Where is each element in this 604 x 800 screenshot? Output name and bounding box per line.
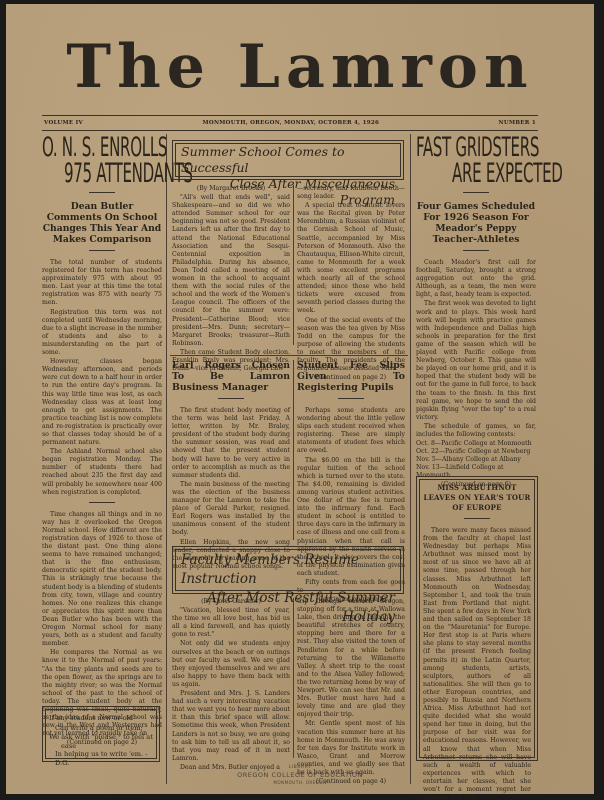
divider — [464, 518, 490, 519]
folio-line: VOLUME IV MONMOUTH, OREGON, MONDAY, OCTO… — [42, 115, 538, 131]
paragraph: The total number of students registered … — [42, 259, 162, 308]
paragraph: "Vacation, blessed time of year, the tim… — [172, 607, 290, 639]
poem-line: Can write a poem or item; — [49, 724, 153, 734]
column-rule — [410, 134, 411, 784]
game-schedule: Oct. 8—Pacific College at Monmouth Oct. … — [416, 440, 536, 480]
volume-label: VOLUME IV — [44, 120, 83, 126]
article-enrolls: O. N. S. ENROLLS 975 ATTENDANTS Dean But… — [42, 136, 162, 748]
schedule-item: Nov. 5—Albany College at Albany — [416, 456, 536, 464]
headline-enrolls-1: O. N. S. ENROLLS — [42, 136, 116, 160]
newspaper-page: The Lamron VOLUME IV MONMOUTH, OREGON, M… — [6, 4, 594, 794]
arbuthnot-box: MISS ARBUTHNOT LEAVES ON YEAR'S TOUR OF … — [416, 476, 538, 761]
column-rule — [293, 360, 294, 540]
article-arbuthnot: MISS ARBUTHNOT LEAVES ON YEAR'S TOUR OF … — [423, 483, 531, 800]
paragraph: Perhaps some students are wondering abou… — [297, 407, 405, 456]
paragraph: Coach Meador's first call for football, … — [416, 259, 536, 299]
paragraph: Registration this term was not completed… — [42, 309, 162, 358]
divider — [463, 250, 489, 251]
schedule-item: Oct. 22—Pacific College at Newberg — [416, 448, 536, 456]
paragraph: Not only did we students enjoy ourselves… — [172, 640, 290, 689]
article-gridsters: FAST GRIDSTERS ARE EXPECTED Four Games S… — [416, 136, 536, 490]
deck-enrolls: Dean Butler Comments On School Changes T… — [42, 201, 162, 245]
paragraph: The main business of the meeting was the… — [172, 481, 290, 538]
article-summer-col1: (By Margaret Brooks) "All's well that en… — [172, 185, 290, 374]
divider — [89, 502, 115, 503]
poem-line: ease — [49, 743, 153, 750]
paragraph: The first week was devoted to light work… — [416, 300, 536, 421]
headline-enrolls-2: 975 ATTENDANTS — [64, 162, 125, 186]
paragraph: "All's well that ends well", said Shakes… — [172, 194, 290, 348]
paragraph: Time changes all things and in no way ha… — [42, 511, 162, 649]
paragraph: trip through eastern Oregon, stopping of… — [297, 598, 405, 719]
paragraph: President and Mrs. J. S. Landers had suc… — [172, 690, 290, 763]
headline-rogers: Earl Rogers Chosen To Be Lamron Business… — [172, 360, 290, 393]
stamp-line-2: OREGON COLLEGE OF EDUCATION — [6, 771, 594, 779]
headline-arbuthnot: MISS ARBUTHNOT LEAVES ON YEAR'S TOUR OF … — [423, 483, 531, 513]
article-faculty-col1: (By Doris Gardner) "Vacation, blessed ti… — [172, 598, 290, 773]
headline-gridsters-2: ARE EXPECTED — [452, 162, 504, 186]
column-rule — [166, 134, 167, 784]
deck-gridsters: Four Games Scheduled For 1926 Season For… — [416, 201, 536, 245]
divider — [338, 398, 364, 399]
masthead-title: The Lamron — [6, 32, 594, 102]
dateline: MONMOUTH, OREGON, MONDAY, OCTOBER 4, 192… — [202, 120, 379, 126]
stamp-line-1: LIBRARY — [6, 765, 594, 770]
byline: (By Doris Gardner) — [172, 598, 290, 606]
section-rule — [170, 355, 408, 356]
divider — [463, 192, 489, 193]
divider — [89, 250, 115, 251]
poem-line: If any student new or old — [49, 714, 153, 724]
paragraph: A special treat to music lovers was the … — [297, 202, 405, 315]
headline-summer-1: Summer School Comes to Successful — [181, 144, 395, 176]
paragraph: The first student body meeting of the te… — [172, 407, 290, 480]
column-rule — [293, 598, 294, 758]
issue-number: NUMBER 1 — [499, 120, 536, 126]
headline-faculty-1: Faculty Members Resume Instruction — [181, 551, 395, 589]
faculty-headline-box: Faculty Members Resume Instruction After… — [172, 546, 404, 594]
divider — [89, 192, 115, 193]
poem-box: If any student new or old Can write a po… — [42, 706, 160, 762]
stamp-line-3: MONMOUTH, OREGON — [6, 780, 594, 785]
paragraph: The schedule of games, so far, includes … — [416, 423, 536, 439]
summer-headline-box: Summer School Comes to Successful Close … — [172, 140, 404, 180]
article-faculty-col2: trip through eastern Oregon, stopping of… — [297, 598, 405, 787]
paragraph: —secretary, and Kathleen Booth—song lead… — [297, 185, 405, 201]
divider — [218, 398, 244, 399]
schedule-item: Oct. 8—Pacific College at Monmouth — [416, 440, 536, 448]
byline: (By Margaret Brooks) — [172, 185, 290, 193]
paragraph: However, classes began Wednesday afterno… — [42, 358, 162, 447]
column-rule — [293, 185, 294, 345]
headline-fee: Student Fee Slips Given To Registering P… — [297, 360, 405, 393]
article-summer-col2: —secretary, and Kathleen Booth—song lead… — [297, 185, 405, 383]
headline-gridsters-1: FAST GRIDSTERS — [416, 136, 490, 160]
paragraph: There were many faces missed from the fa… — [423, 527, 531, 800]
paragraph: The Ashland Normal school also began reg… — [42, 448, 162, 497]
article-rogers: Earl Rogers Chosen To Be Lamron Business… — [172, 360, 290, 572]
